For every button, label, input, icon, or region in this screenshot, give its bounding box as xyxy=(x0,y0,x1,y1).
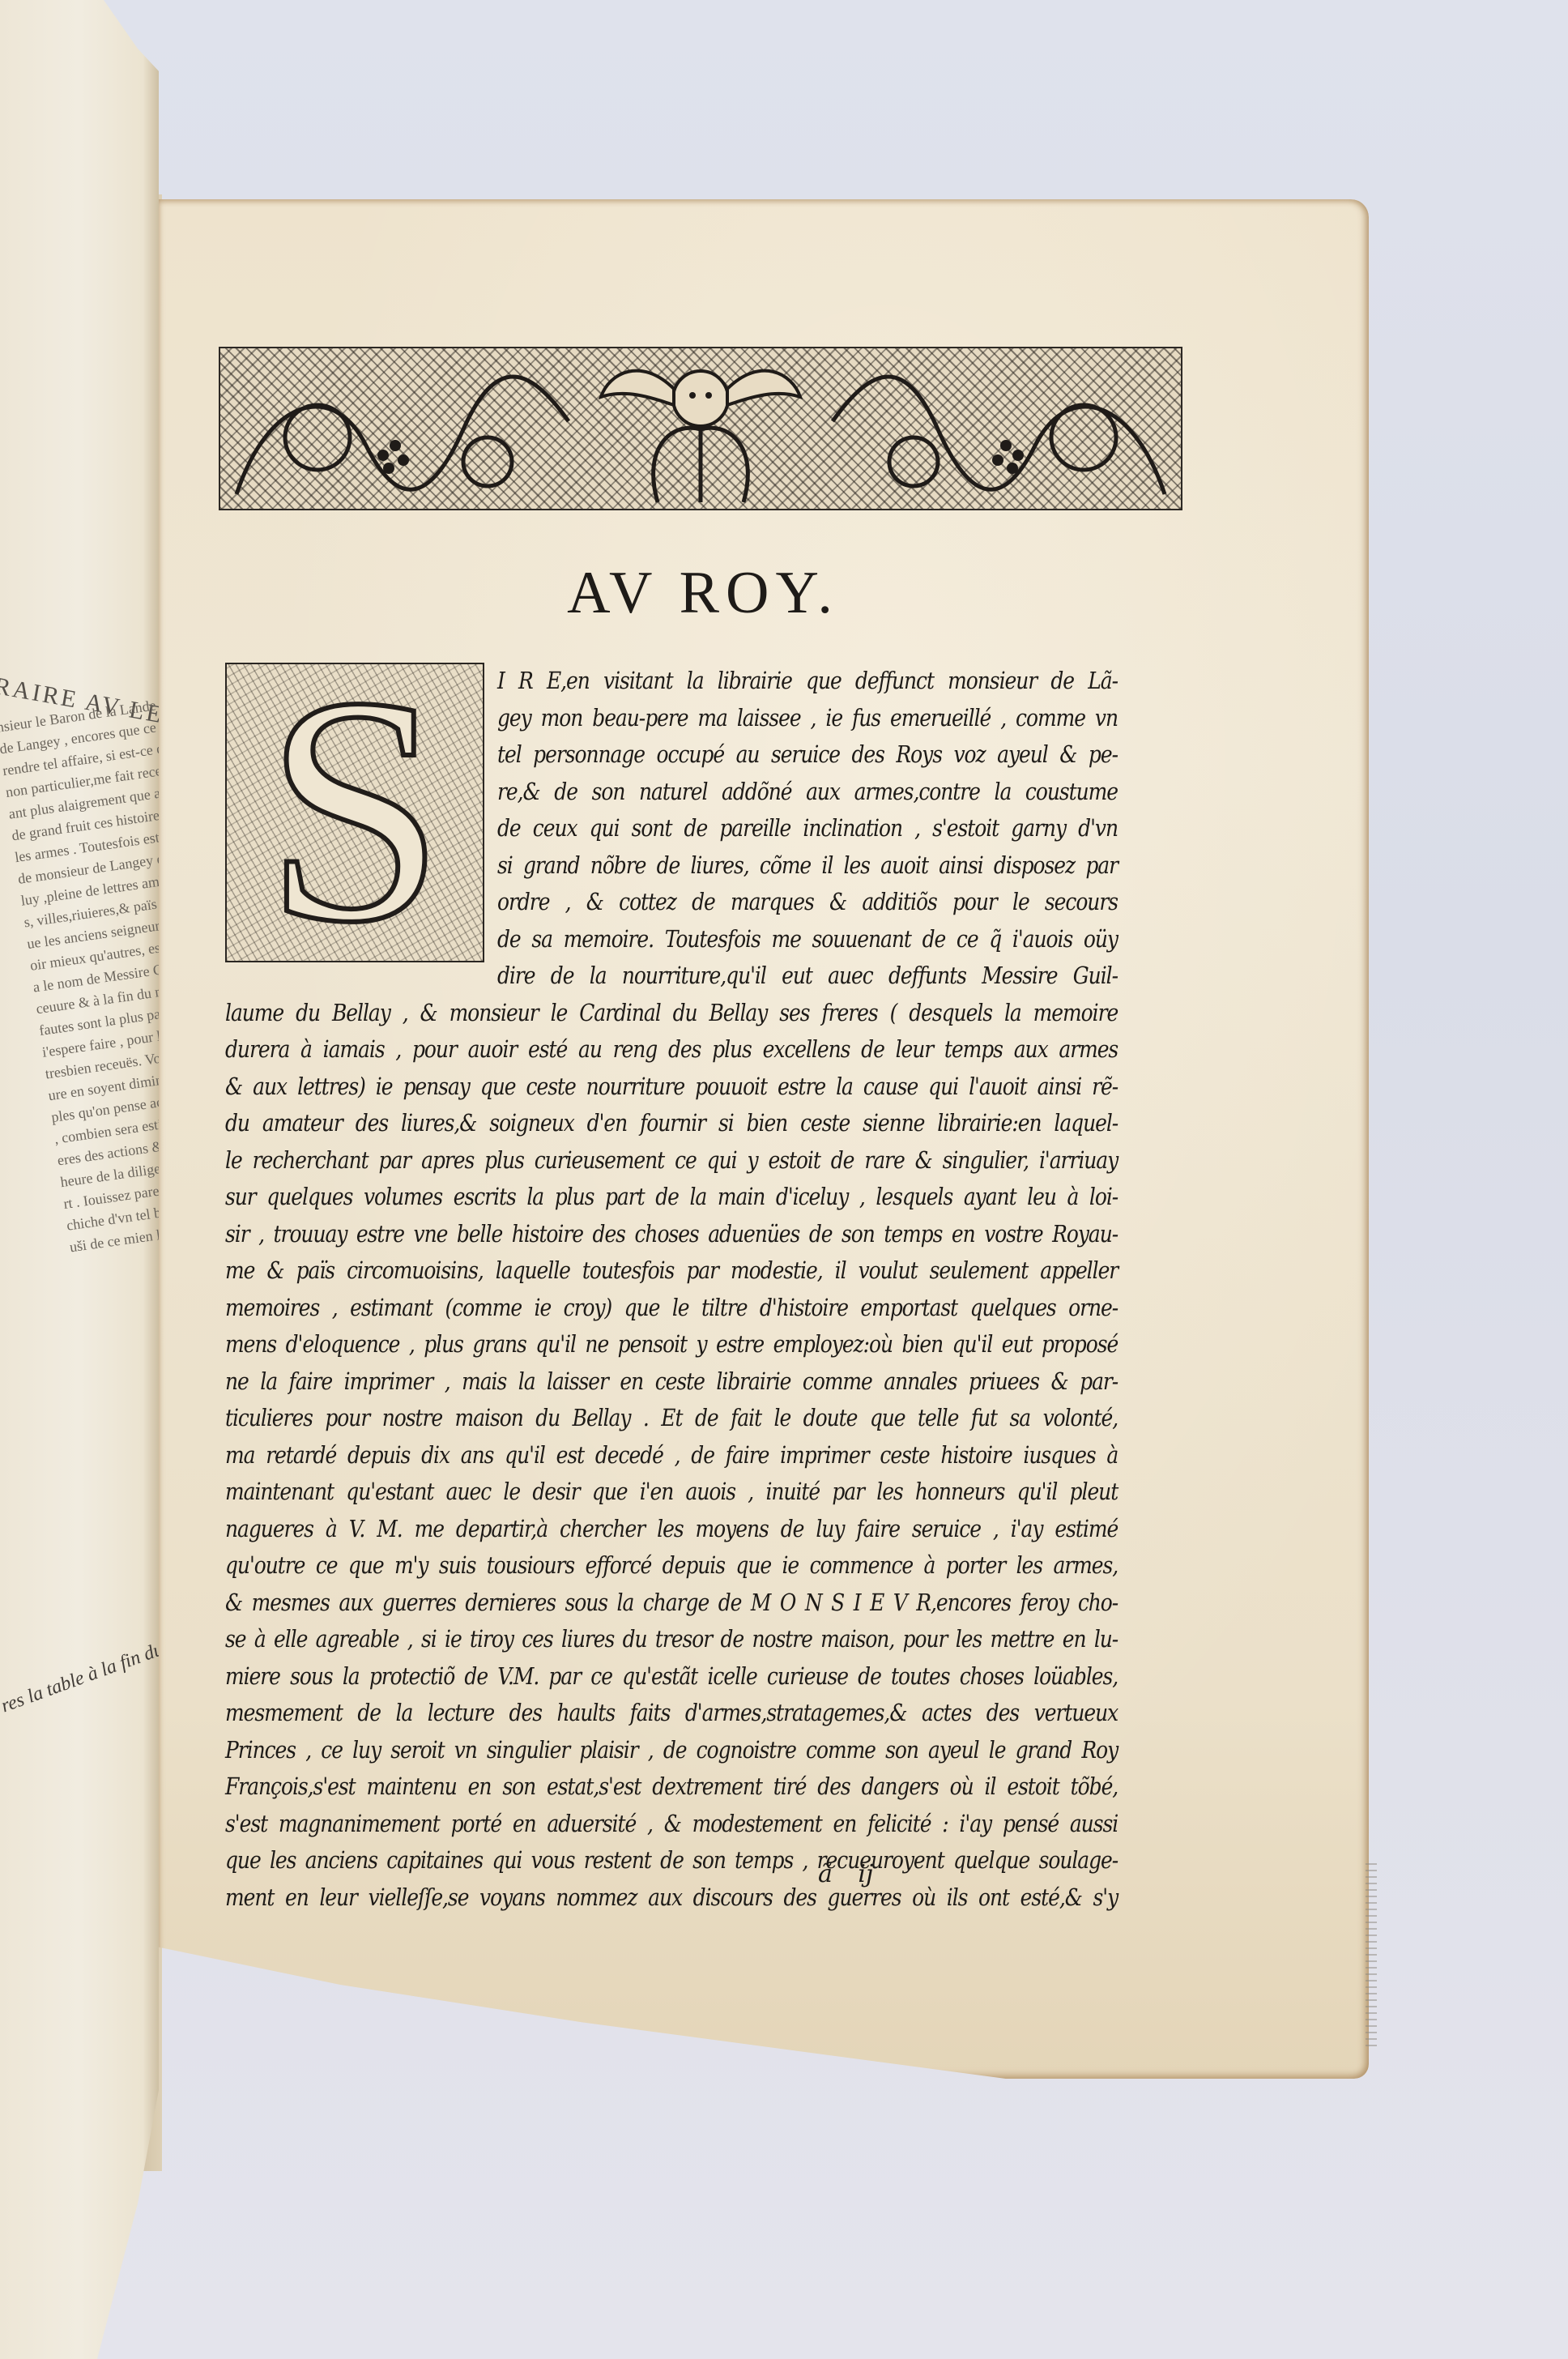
left-facing-page: MOIRES MARTI RAIRE AV LECTEVR. nsieur le… xyxy=(0,0,159,2359)
text-line: François,s'est maintenu en son estat,s'e… xyxy=(225,1768,1118,1806)
text-line: si grand nõbre de liures, cõme il les au… xyxy=(497,847,1118,885)
text-line: que les anciens capitaines qui vous rest… xyxy=(225,1842,1118,1879)
text-line: tel personnage occupé au seruice des Roy… xyxy=(497,736,1118,774)
text-line: nagueres à V. M. me departir,à chercher … xyxy=(225,1511,1118,1548)
frayed-page-edge xyxy=(1366,1863,1377,2050)
text-line: dire de la nourriture,qu'il eut auec def… xyxy=(497,958,1118,995)
text-line: re,& de son naturel addõné aux armes,con… xyxy=(497,774,1118,811)
text-line: ne la faire imprimer , mais la laisser e… xyxy=(225,1363,1118,1401)
text-line: sur quelques volumes escrits la plus par… xyxy=(225,1179,1118,1216)
text-line: de ceux qui sont de pareille inclination… xyxy=(497,810,1118,847)
text-line: le recherchant par apres plus curieuseme… xyxy=(225,1142,1118,1179)
left-page-footnote: res la table à la fin du liure xyxy=(0,1625,159,1718)
text-line: & mesmes aux guerres dernieres sous la c… xyxy=(225,1585,1118,1622)
dedication-body-text: I R E,en visitant la librairie que deffu… xyxy=(225,663,1118,1916)
text-line: s'est magnanimement porté en aduersité ,… xyxy=(225,1806,1118,1843)
text-line: ma retardé depuis dix ans qu'il est dece… xyxy=(225,1437,1118,1474)
ornamental-headpiece xyxy=(219,347,1182,510)
text-line: I R E,en visitant la librairie que deffu… xyxy=(497,663,1118,700)
text-line: Princes , ce luy seroit vn singulier pla… xyxy=(225,1732,1118,1769)
text-line: & aux lettres) ie pensay que ceste nourr… xyxy=(225,1069,1118,1106)
foliage-scroll-ornament-icon xyxy=(220,348,1181,509)
text-line: memoires , estimant (comme ie croy) que … xyxy=(225,1290,1118,1327)
text-line: se à elle agreable , si ie tiroy ces liu… xyxy=(225,1621,1118,1658)
page-title: AV ROY. xyxy=(0,559,1568,628)
left-page-body: nsieur le Baron de la Lande m'eut offert… xyxy=(0,685,159,1258)
text-line: du amateur des liures,& soigneux d'en fo… xyxy=(225,1105,1118,1142)
text-line: miere sous la protectiõ de V.M. par ce q… xyxy=(225,1658,1118,1696)
text-line: sir , trouuay estre vne belle histoire d… xyxy=(225,1216,1118,1253)
left-page-show-through-title: MOIRES MARTI xyxy=(0,0,8,64)
text-line: de sa memoire. Toutesfois me souuenant d… xyxy=(497,921,1118,958)
cherub-face-icon xyxy=(673,371,728,426)
text-line: mesmement de la lecture des haults faits… xyxy=(225,1695,1118,1732)
text-line: gey mon beau-pere ma laissee , ie fus em… xyxy=(497,700,1118,737)
text-line: ment en leur vielleſſe,se voyans nommez … xyxy=(225,1879,1118,1917)
text-line: durera à iamais , pour auoir esté au ren… xyxy=(225,1031,1118,1069)
text-line: ticulieres pour nostre maison du Bellay … xyxy=(225,1400,1118,1437)
text-line: qu'outre ce que m'y suis tousiours effor… xyxy=(225,1547,1118,1585)
text-line: mens d'eloquence , plus grans qu'il ne p… xyxy=(225,1326,1118,1363)
text-line: me & païs circomuoisins, laquelle toutes… xyxy=(225,1252,1118,1290)
signature-mark: ã ij xyxy=(818,1860,873,1888)
text-line: ordre , & cottez de marques & additiõs p… xyxy=(497,884,1118,921)
text-line: maintenant qu'estant auec le desir que i… xyxy=(225,1474,1118,1511)
text-line: laume du Bellay , & monsieur le Cardinal… xyxy=(225,995,1118,1032)
